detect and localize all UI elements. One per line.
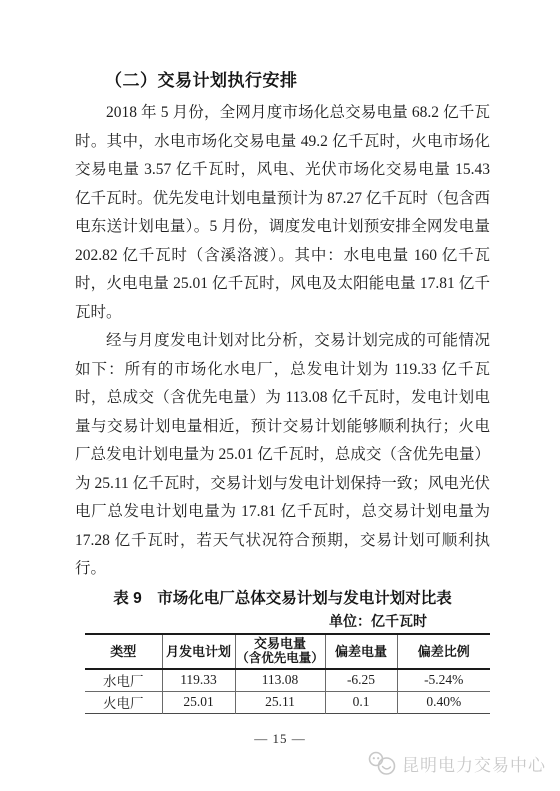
body-paragraph-2: 经与月度发电计划对比分析，交易计划完成的可能情况如下：所有的市场化水电厂，总发电… [75,327,490,584]
table-cell: 水电厂 [85,669,162,692]
document-body: （二）交易计划执行安排 2018 年 5 月份，全网月度市场化总交易电量 68.… [75,66,490,714]
table-row-hydro: 水电厂 119.33 113.08 -6.25 -5.24% [85,669,490,692]
table-cell: -6.25 [325,669,397,692]
column-header-label: 类型 [110,644,136,659]
section-heading: （二）交易计划执行安排 [75,66,490,96]
column-header-traded-volume: 交易电量 （含优先电量） [235,634,325,669]
column-header-sublabel: （含优先电量） [236,651,325,666]
table-cell: 火电厂 [85,691,162,713]
document-page: （二）交易计划执行安排 2018 年 5 月份，全网月度市场化总交易电量 68.… [0,0,560,791]
table-cell: 119.33 [162,669,235,692]
body-paragraph-1: 2018 年 5 月份，全网月度市场化总交易电量 68.2 亿千瓦时。其中，水电… [75,99,490,327]
table-caption: 表 9 市场化电厂总体交易计划与发电计划对比表 [75,588,490,610]
table-cell: 0.40% [397,691,490,713]
table-cell: 25.11 [235,691,325,713]
table-cell: 0.1 [325,691,397,713]
watermark: 昆明电力交易中心 [367,749,546,777]
column-header-label: 偏差电量 [335,644,387,659]
column-header-monthly-plan: 月发电计划 [162,634,235,669]
column-header-type: 类型 [85,634,162,669]
table-header-row: 类型 月发电计划 交易电量 （含优先电量） 偏差电量 偏差比例 [85,634,490,669]
watermark-text: 昆明电力交易中心 [402,751,546,776]
column-header-deviation: 偏差电量 [325,634,397,669]
column-header-label: 偏差比例 [418,644,470,659]
page-number: — 15 — [0,731,560,747]
table-row-thermal: 火电厂 25.01 25.11 0.1 0.40% [85,691,490,713]
column-header-label: 交易电量 [254,636,306,651]
table-unit-label: 单位：亿千瓦时 [75,612,490,630]
table-cell: 25.01 [162,691,235,713]
column-header-label: 月发电计划 [166,644,231,659]
chat-bubbles-logo-icon [367,749,397,777]
comparison-table: 类型 月发电计划 交易电量 （含优先电量） 偏差电量 偏差比例 [85,633,490,714]
table-cell: -5.24% [397,669,490,692]
column-header-deviation-ratio: 偏差比例 [397,634,490,669]
table-cell: 113.08 [235,669,325,692]
